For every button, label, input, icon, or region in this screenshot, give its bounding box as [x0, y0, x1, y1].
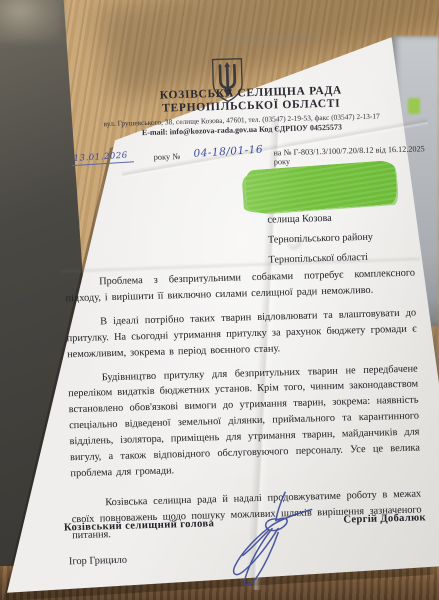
photo-of-letter: КОЗІВСЬКА СЕЛИЩНА РАДА ТЕРНОПІЛЬСЬКОЇ ОБ… [0, 0, 439, 600]
roku-number-label: року № [154, 152, 181, 162]
letter-content: КОЗІВСЬКА СЕЛИЩНА РАДА ТЕРНОПІЛЬСЬКОЇ ОБ… [0, 0, 439, 600]
signer-name: Сергій Добалюк [343, 512, 426, 525]
handwritten-signature [225, 483, 320, 590]
addressee-block: селища Козова Тернопільського району Тер… [267, 208, 374, 271]
paragraph-ideal-shelter: В ідеалі потрібно таких тварин відловлюв… [66, 305, 417, 362]
paragraph-construction-requirements: Будівництво притулку для безпритульних т… [68, 361, 421, 482]
handwritten-outgoing-date: 13.01.2026 [71, 150, 134, 166]
handwritten-outgoing-number: 04-18/01-16 [193, 144, 263, 160]
faint-ink-imprint [222, 33, 317, 45]
paragraph-problem: Проблема з безпритульними собаками потре… [65, 266, 416, 308]
reference-row: 13.01.2026 року № 04-18/01-16 на № Г-803… [65, 142, 430, 152]
executor-name: Ігор Грицило [69, 555, 127, 568]
green-redaction-block [244, 160, 398, 215]
